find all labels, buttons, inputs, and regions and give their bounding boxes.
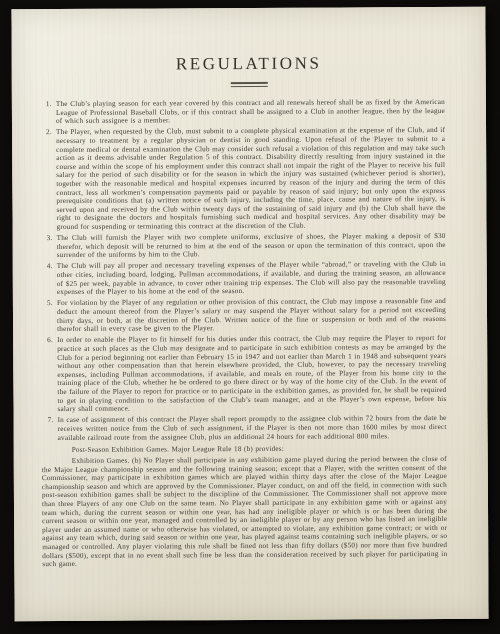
regulation-item-2: 2. The Player, when requested by the Clu… — [40, 126, 446, 231]
regulation-number: 7. — [48, 416, 54, 425]
regulation-number: 2. — [46, 128, 52, 137]
regulations-content: 1. The Club’s playing season for each ye… — [40, 98, 447, 569]
exhibition-games-paragraph: Exhibition Games. (b) No Player shall pa… — [42, 455, 448, 569]
regulation-item-5: 5. For violation by the Player of any re… — [41, 297, 446, 333]
title-divider-rule — [230, 82, 267, 87]
regulation-item-3: 3. The Club will furnish the Player with… — [41, 232, 446, 260]
regulation-number: 6. — [47, 336, 53, 345]
regulation-text: In order to enable the Player to fit him… — [57, 334, 446, 413]
regulation-item-6: 6. In order to enable the Player to fit … — [41, 334, 446, 413]
regulation-number: 4. — [47, 263, 53, 272]
contract-regulations-page: REGULATIONS 1. The Club’s playing season… — [11, 7, 488, 621]
regulation-text: The Club’s playing season for each year … — [56, 98, 445, 125]
regulation-item-1: 1. The Club’s playing season for each ye… — [40, 98, 445, 126]
post-season-exhibition-heading: Post-Season Exhibition Games. Major Leag… — [42, 443, 447, 454]
regulation-text: For violation by the Player of any regul… — [57, 297, 446, 333]
regulation-text: The Club will pay all proper and necessa… — [57, 260, 446, 296]
regulation-text: The Club will furnish the Player with tw… — [57, 232, 446, 259]
regulation-text: The Player, when requested by the Club, … — [56, 126, 445, 231]
regulation-number: 1. — [46, 100, 52, 109]
regulation-text: In case of assignment of this contract t… — [58, 414, 447, 441]
regulation-number: 5. — [47, 299, 53, 308]
page-title: REGULATIONS — [12, 53, 486, 75]
regulation-item-7: 7. In case of assignment of this contrac… — [42, 414, 447, 442]
regulation-number: 3. — [47, 234, 53, 243]
regulation-item-4: 4. The Club will pay all proper and nece… — [41, 260, 446, 296]
